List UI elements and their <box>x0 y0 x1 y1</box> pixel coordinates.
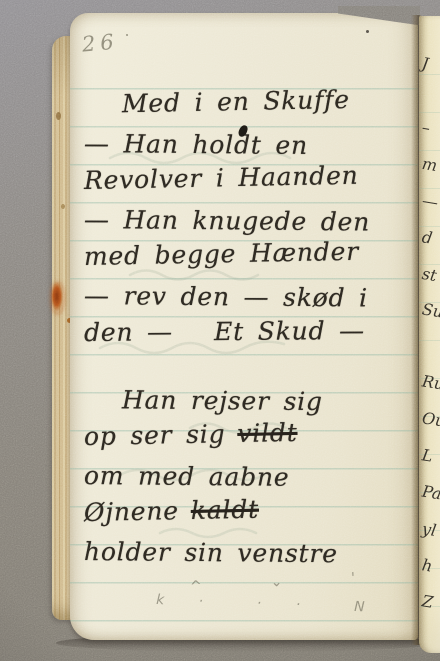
handwritten-text: Med i en Skuffe <box>122 86 350 115</box>
notebook-photo: 26 Med i en Skuffe— Han holdt enRevolver… <box>0 0 440 661</box>
ink-speck <box>366 30 369 33</box>
handwritten-text: om med aabne <box>84 463 290 490</box>
next-page-writing-fragment: Su <box>421 301 440 320</box>
next-page-writing-fragment: L <box>421 447 434 464</box>
handwritten-text: op ser sig <box>84 421 226 449</box>
handwritten-text: — rev den — skød i <box>84 283 368 310</box>
next-page-writing-fragment: Pa <box>421 484 440 503</box>
handwritten-text: Han rejser sig <box>122 387 323 414</box>
handwritten-line: op ser sigvildt <box>84 411 417 455</box>
handwritten-line: med begge Hænder <box>84 231 417 275</box>
handwritten-text: med begge Hænder <box>84 238 359 268</box>
rust-stain <box>51 282 64 314</box>
foxing-spot <box>61 204 65 209</box>
next-page-writing-fragment: st <box>421 266 438 284</box>
struck-out-word: vildt <box>237 419 298 445</box>
next-page-edge: J–m—dstSuRuOuLPaylhZ <box>419 16 440 653</box>
next-page-writing-fragment: Ou <box>421 410 440 429</box>
handwritten-text: — Han holdt en <box>84 131 308 158</box>
foxing-spot <box>56 112 61 120</box>
handwritten-text: Revolver i Haanden <box>84 162 359 192</box>
handwritten-text: holder sin venstre <box>84 539 338 566</box>
next-page-writing-fragment: J <box>421 56 430 73</box>
next-page-writing-fragment: — <box>421 193 439 211</box>
handwritten-text: den — Et Skud — <box>84 318 365 345</box>
page-number: 26 <box>81 31 119 55</box>
handwritten-line: den — Et Skud — <box>84 311 416 351</box>
handwritten-text: — Han knugede den <box>84 207 370 234</box>
handwritten-line: holder sin venstre <box>84 532 416 573</box>
struck-out-word: kaldt <box>191 496 260 522</box>
next-page-writing-fragment: m <box>421 156 438 174</box>
handwriting: Med i en Skuffe— Han holdt enRevolver i … <box>84 85 416 569</box>
next-page-writing-fragment: yl <box>421 521 437 539</box>
next-page-writing-fragment: Ru <box>421 373 440 392</box>
notebook-page: 26 Med i en Skuffe— Han holdt enRevolver… <box>70 13 418 640</box>
handwritten-line: Revolver i Haanden <box>84 155 417 199</box>
handwritten-text: Øjnene <box>84 498 179 525</box>
handwritten-line: Med i en Skuffe <box>84 79 417 123</box>
pencil-dot <box>126 34 128 36</box>
handwritten-line: Øjnenekaldt <box>84 487 417 531</box>
